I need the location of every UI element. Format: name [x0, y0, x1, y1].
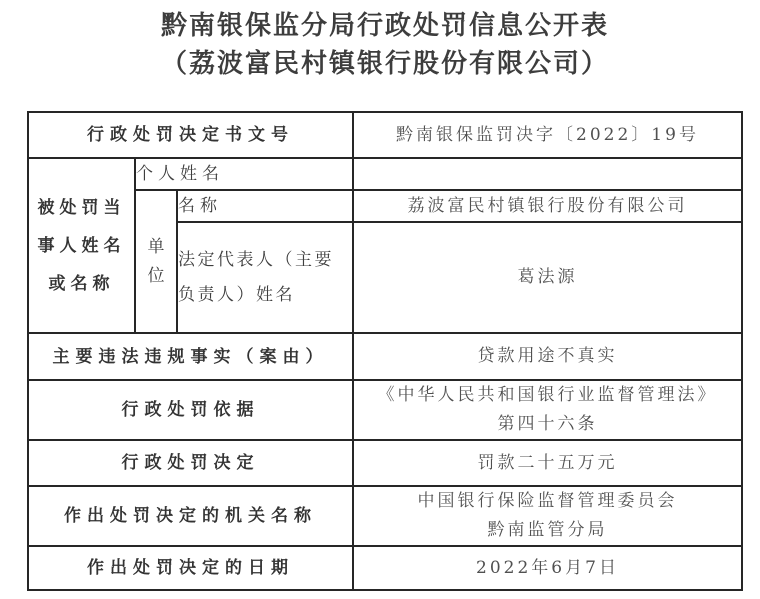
party-name-label: 被处罚当 事人姓名 或名称 [28, 158, 135, 333]
personal-name-label: 个人姓名 [135, 158, 353, 190]
doc-number-label: 行政处罚决定书文号 [28, 112, 353, 158]
document-title: 黔南银保监分局行政处罚信息公开表 （荔波富民村镇银行股份有限公司） [27, 6, 743, 82]
penalty-decision-label: 行政处罚决定 [28, 440, 353, 486]
org-name-value: 荔波富民村镇银行股份有限公司 [353, 190, 742, 222]
document-title-line2: （荔波富民村镇银行股份有限公司） [27, 44, 743, 82]
penalty-basis-value: 《中华人民共和国银行业监督管理法》 第四十六条 [353, 380, 742, 440]
row-violation-facts: 主要违法违规事实（案由） 贷款用途不真实 [28, 333, 742, 380]
penalty-decision-value: 罚款二十五万元 [353, 440, 742, 486]
decision-date-value: 2022年6月7日 [353, 546, 742, 590]
doc-number-value: 黔南银保监罚决字〔2022〕19号 [353, 112, 742, 158]
row-penalty-decision: 行政处罚决定 罚款二十五万元 [28, 440, 742, 486]
penalty-basis-label: 行政处罚依据 [28, 380, 353, 440]
deciding-authority-value: 中国银行保险监督管理委员会 黔南监管分局 [353, 486, 742, 546]
violation-facts-value: 贷款用途不真实 [353, 333, 742, 380]
row-personal-name: 被处罚当 事人姓名 或名称 个人姓名 [28, 158, 742, 190]
row-penalty-basis: 行政处罚依据 《中华人民共和国银行业监督管理法》 第四十六条 [28, 380, 742, 440]
deciding-authority-label: 作出处罚决定的机关名称 [28, 486, 353, 546]
penalty-info-table: 行政处罚决定书文号 黔南银保监罚决字〔2022〕19号 被处罚当 事人姓名 或名… [27, 111, 743, 591]
personal-name-value [353, 158, 742, 190]
unit-label: 单 位 [135, 190, 177, 333]
decision-date-label: 作出处罚决定的日期 [28, 546, 353, 590]
row-decision-date: 作出处罚决定的日期 2022年6月7日 [28, 546, 742, 590]
legal-representative-label: 法定代表人（主要 负责人）姓名 [177, 222, 353, 333]
violation-facts-label: 主要违法违规事实（案由） [28, 333, 353, 380]
row-org-name: 单 位 名称 荔波富民村镇银行股份有限公司 [28, 190, 742, 222]
row-deciding-authority: 作出处罚决定的机关名称 中国银行保险监督管理委员会 黔南监管分局 [28, 486, 742, 546]
org-name-label: 名称 [177, 190, 353, 222]
legal-representative-value: 葛法源 [353, 222, 742, 333]
row-doc-number: 行政处罚决定书文号 黔南银保监罚决字〔2022〕19号 [28, 112, 742, 158]
document-title-line1: 黔南银保监分局行政处罚信息公开表 [27, 6, 743, 44]
